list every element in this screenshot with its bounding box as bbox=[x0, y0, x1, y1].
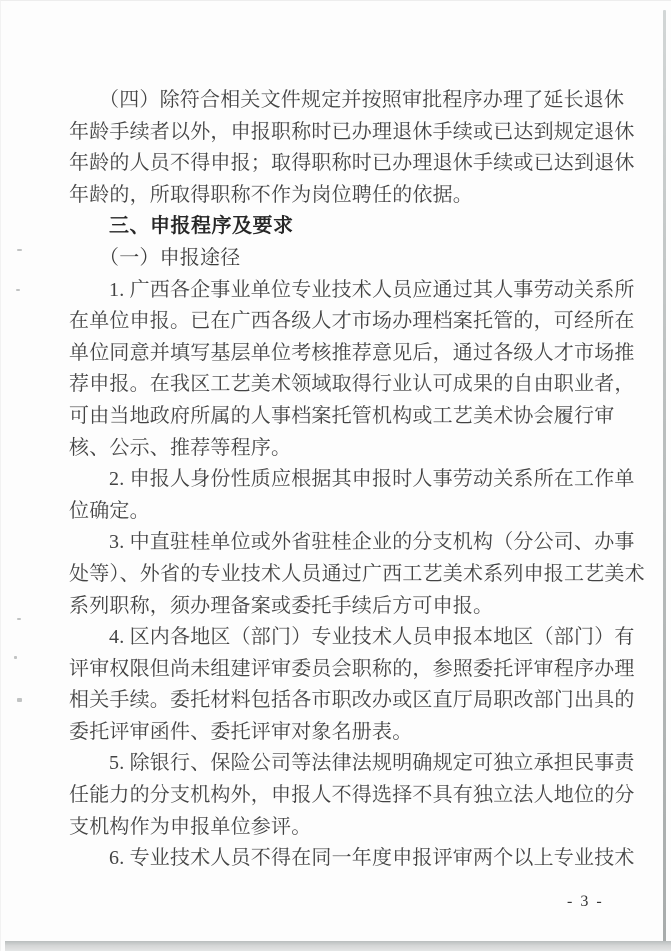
text-line: 相关手续。委托材料包括各市职改办或区直厅局职改部门出具的 bbox=[69, 685, 631, 717]
document-body: （四）除符合相关文件规定并按照审批程序办理了延长退休 年龄手续者以外，申报职称时… bbox=[69, 85, 631, 875]
scan-speck bbox=[17, 698, 22, 702]
scan-speck bbox=[16, 289, 20, 291]
scan-speck bbox=[17, 618, 21, 620]
text-line: 5. 除银行、保险公司等法律法规明确规定可独立承担民事责 bbox=[69, 748, 631, 780]
scan-shadow-bottom-edge bbox=[5, 941, 671, 951]
text-line: 系列职称，须办理备案或委托手续后方可申报。 bbox=[69, 591, 631, 623]
text-line: 委托评审函件、委托评审对象名册表。 bbox=[69, 717, 631, 749]
subsection-heading: （一）申报途径 bbox=[69, 243, 631, 275]
text-line: 支机构作为申报单位参评。 bbox=[69, 812, 631, 844]
paragraph: 6. 专业技术人员不得在同一年度申报评审两个以上专业技术 bbox=[69, 843, 631, 875]
scan-shadow-right-edge bbox=[663, 10, 666, 944]
text-line: 在单位申报。已在广西各级人才市场办理档案托管的，可经所在 bbox=[69, 306, 631, 338]
page-number: - 3 - bbox=[567, 893, 604, 911]
section-heading-text: 三、申报程序及要求 bbox=[69, 211, 631, 243]
text-line: 单位同意并填写基层单位考核推荐意见后，通过各级人才市场推 bbox=[69, 338, 631, 370]
text-line: （四）除符合相关文件规定并按照审批程序办理了延长退休 bbox=[69, 85, 631, 117]
paragraph: 2. 申报人身份性质应根据其申报时人事劳动关系所在工作单 位确定。 bbox=[69, 464, 631, 527]
text-line: 处等）、外省的专业技术人员通过广西工艺美术系列申报工艺美术 bbox=[69, 559, 631, 591]
text-line: 可由当地政府所属的人事档案托管机构或工艺美术协会履行审 bbox=[69, 401, 631, 433]
text-line: 评审权限但尚未组建评审委员会职称的，参照委托评审程序办理 bbox=[69, 654, 631, 686]
text-line: 核、公示、推荐等程序。 bbox=[69, 433, 631, 465]
scan-speck bbox=[17, 249, 22, 251]
text-line: 任能力的分支机构外，申报人不得选择不具有独立法人地位的分 bbox=[69, 780, 631, 812]
text-line: 2. 申报人身份性质应根据其申报时人事劳动关系所在工作单 bbox=[69, 464, 631, 496]
text-line: 荐申报。在我区工艺美术领域取得行业认可成果的自由职业者， bbox=[69, 369, 631, 401]
text-line: 年龄的，所取得职称不作为岗位聘任的依据。 bbox=[69, 180, 631, 212]
text-line: 年龄手续者以外，申报职称时已办理退休手续或已达到规定退休 bbox=[69, 117, 631, 149]
paragraph: 4. 区内各地区（部门）专业技术人员申报本地区（部门）有 评审权限但尚未组建评审… bbox=[69, 622, 631, 748]
text-line: 位确定。 bbox=[69, 496, 631, 528]
paragraph: （四）除符合相关文件规定并按照审批程序办理了延长退休 年龄手续者以外，申报职称时… bbox=[69, 85, 631, 211]
paragraph: 1. 广西各企事业单位专业技术人员应通过其人事劳动关系所 在单位申报。已在广西各… bbox=[69, 275, 631, 465]
subsection-heading-text: （一）申报途径 bbox=[69, 243, 631, 275]
text-line: 3. 中直驻桂单位或外省驻桂企业的分支机构（分公司、办事 bbox=[69, 527, 631, 559]
scanned-document-page: （四）除符合相关文件规定并按照审批程序办理了延长退休 年龄手续者以外，申报职称时… bbox=[0, 0, 671, 951]
text-line: 年龄的人员不得申报；取得职称时已办理退休手续或已达到退休 bbox=[69, 148, 631, 180]
scan-speck bbox=[14, 656, 17, 659]
paragraph: 5. 除银行、保险公司等法律法规明确规定可独立承担民事责 任能力的分支机构外，申… bbox=[69, 748, 631, 843]
text-line: 4. 区内各地区（部门）专业技术人员申报本地区（部门）有 bbox=[69, 622, 631, 654]
text-line: 1. 广西各企事业单位专业技术人员应通过其人事劳动关系所 bbox=[69, 275, 631, 307]
section-heading: 三、申报程序及要求 bbox=[69, 211, 631, 243]
paragraph: 3. 中直驻桂单位或外省驻桂企业的分支机构（分公司、办事 处等）、外省的专业技术… bbox=[69, 527, 631, 622]
text-line: 6. 专业技术人员不得在同一年度申报评审两个以上专业技术 bbox=[69, 843, 631, 875]
